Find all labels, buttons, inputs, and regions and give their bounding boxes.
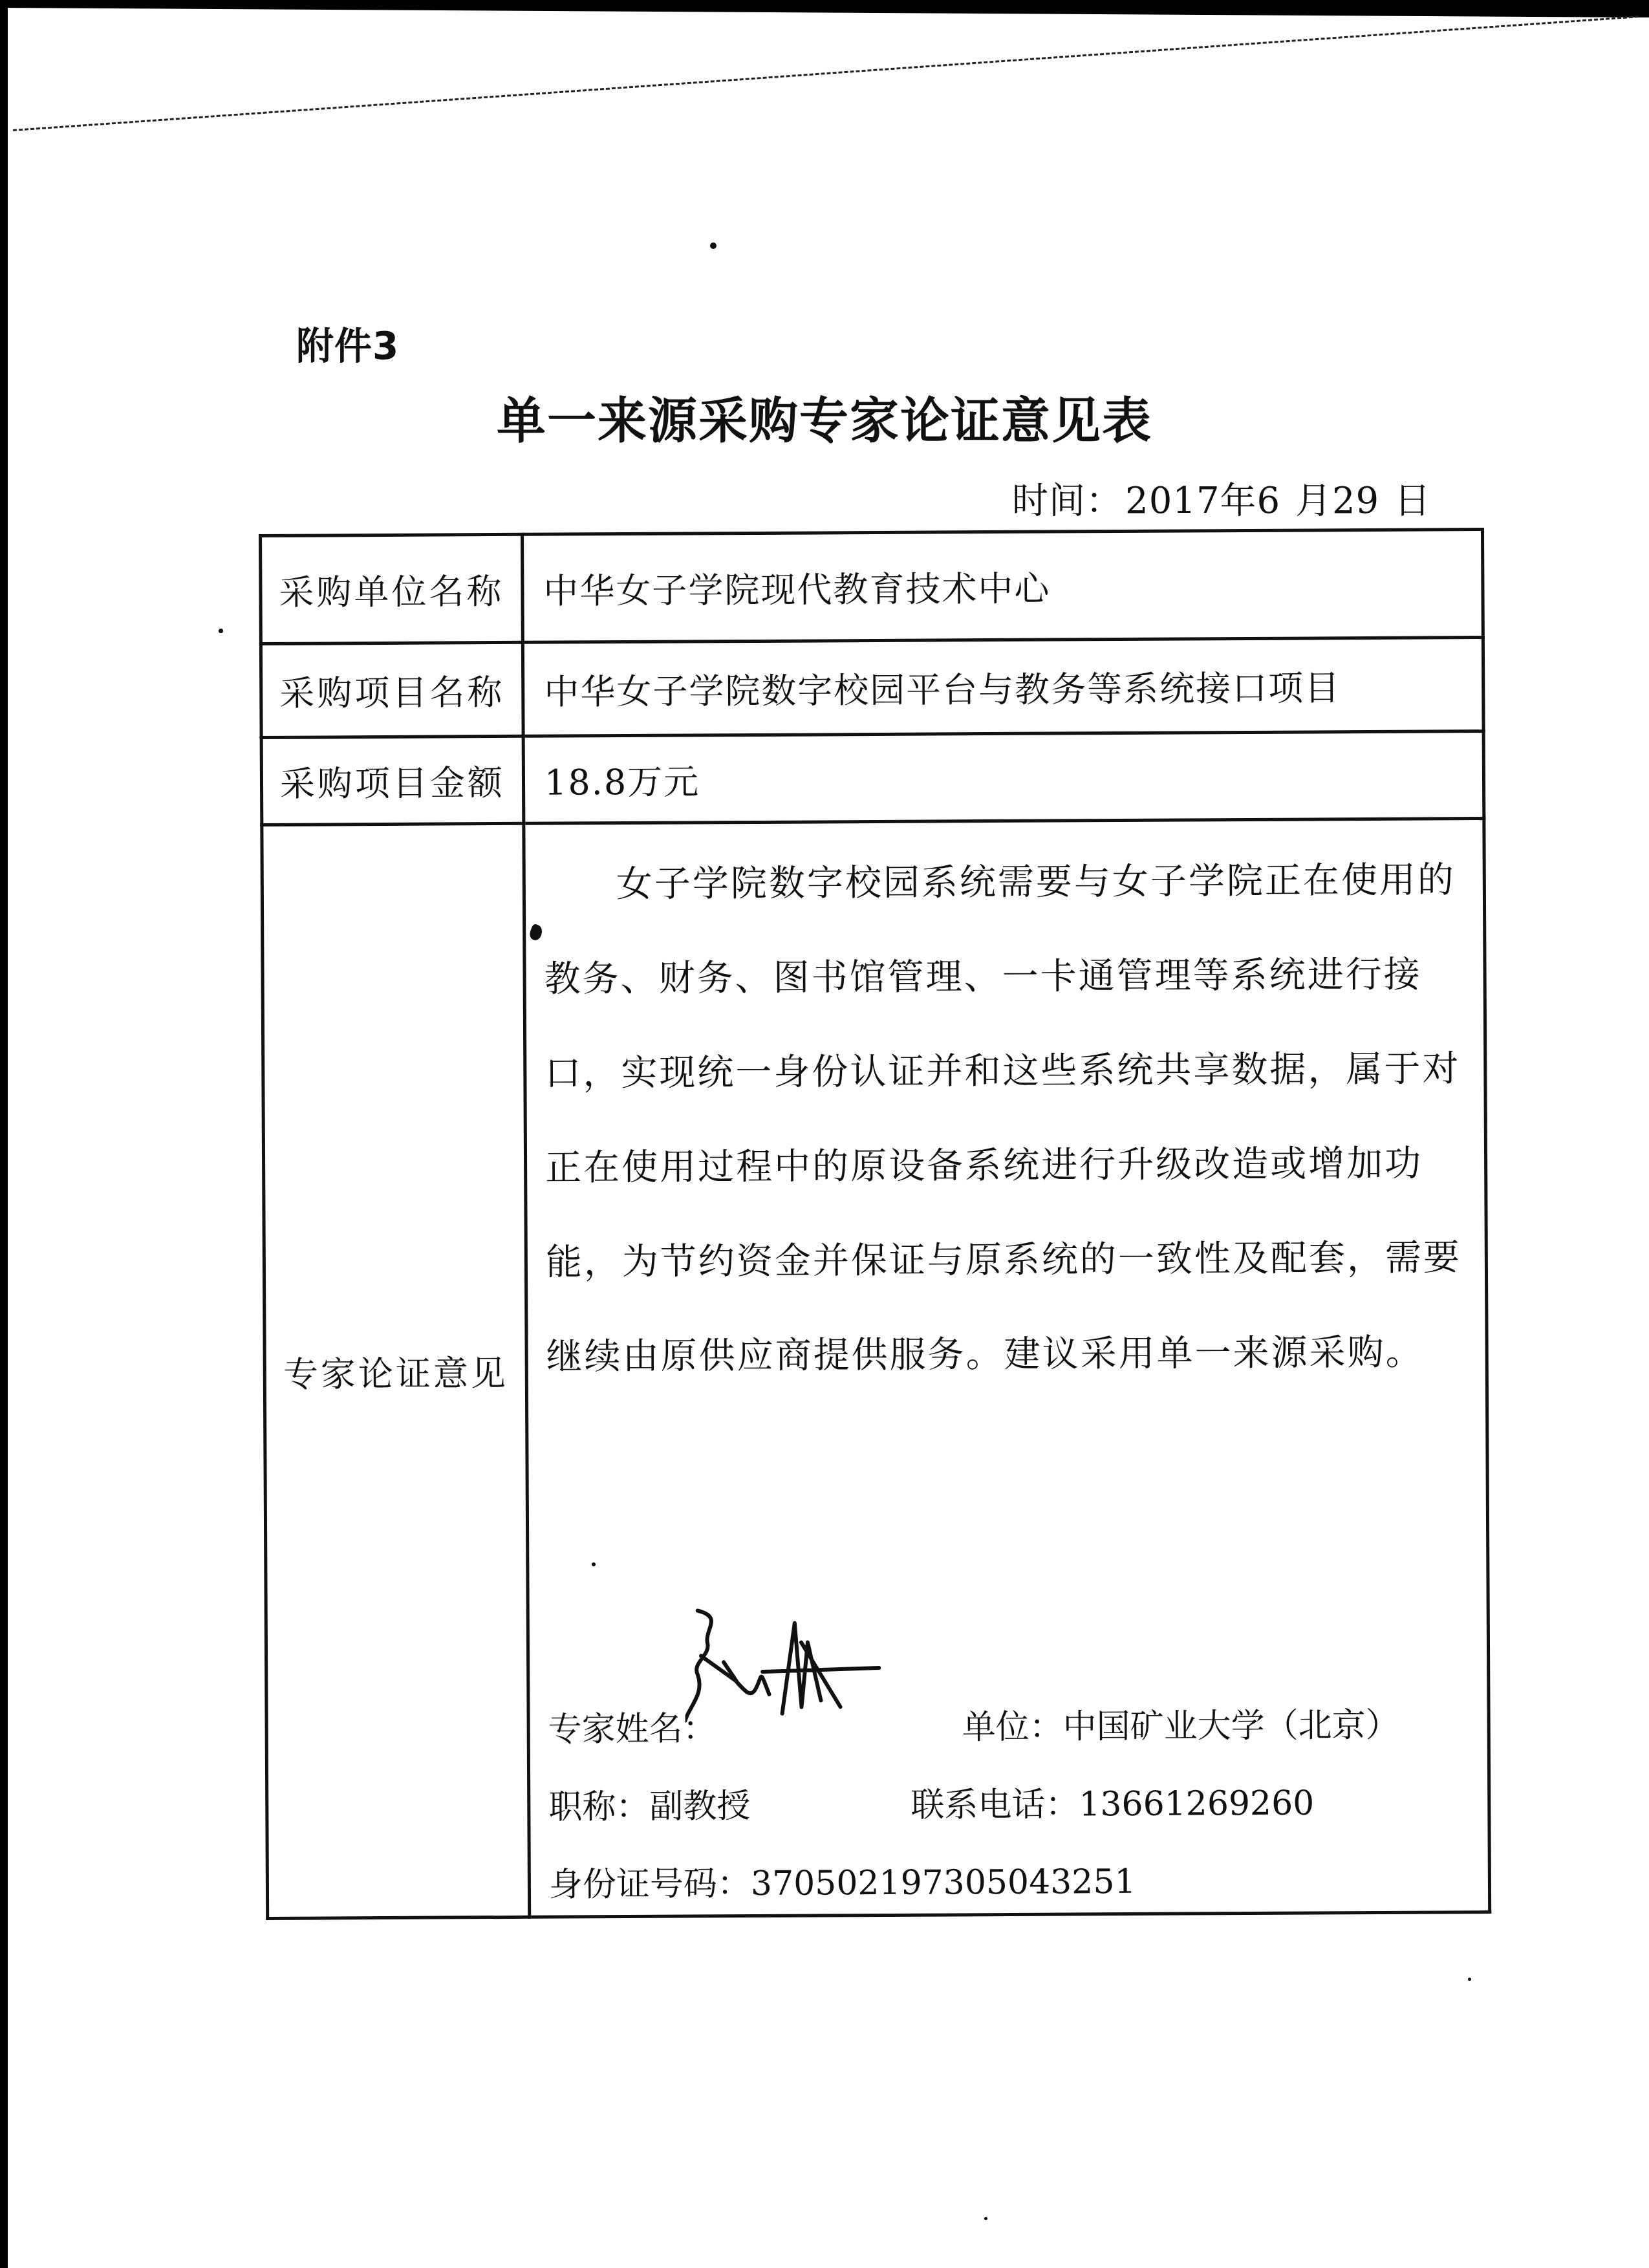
expert-title-row: 职称：副教授 联系电话：13661269260 <box>548 1778 750 1828</box>
scan-speck <box>984 2217 987 2220</box>
page-title: 单一来源采购专家论证意见表 <box>0 382 1649 452</box>
scan-border-top <box>0 0 1649 19</box>
form-row-amount: 采购项目金额 18.8万元 <box>261 731 1484 825</box>
title-label: 职称： <box>548 1787 649 1827</box>
project-name-label: 采购项目名称 <box>261 642 523 737</box>
opinion-text: 女子学院数字校园系统需要与女子学院正在使用的教务、财务、图书馆管理、一卡通管理等… <box>525 820 1485 1405</box>
amount-label: 采购项目金额 <box>261 736 524 825</box>
scan-speck <box>219 629 223 633</box>
scan-speck <box>1468 1978 1471 1981</box>
phone-value: 13661269260 <box>1079 1784 1314 1824</box>
handwritten-signature-icon <box>685 1603 905 1734</box>
date-label: 时间： <box>1012 480 1123 522</box>
opinion-cell: 女子学院数字校园系统需要与女子学院正在使用的教务、财务、图书馆管理、一卡通管理等… <box>524 819 1490 1917</box>
scan-border-left <box>0 0 8 2268</box>
purchaser-label: 采购单位名称 <box>261 534 523 643</box>
date-month: 月29 <box>1295 480 1379 522</box>
date-day: 日 <box>1394 480 1431 522</box>
purchaser-value: 中华女子学院现代教育技术中心 <box>523 530 1483 643</box>
expert-id-row: 身份证号码：370502197305043251 <box>549 1854 1136 1906</box>
id-value: 370502197305043251 <box>751 1863 1136 1903</box>
unit-value: 中国矿业大学（北京） <box>1063 1706 1399 1747</box>
title-value: 副教授 <box>649 1787 750 1826</box>
expert-unit: 单位：中国矿业大学（北京） <box>962 1698 1399 1749</box>
scan-speck <box>710 243 717 249</box>
amount-value: 18.8万元 <box>523 731 1484 824</box>
date-year: 2017年6 <box>1125 480 1280 522</box>
opinion-label: 专家论证意见 <box>262 823 530 1918</box>
project-name-value: 中华女子学院数字校园平台与教务等系统接口项目 <box>523 638 1483 737</box>
attachment-label: 附件3 <box>296 316 399 370</box>
form-row-project-name: 采购项目名称 中华女子学院数字校园平台与教务等系统接口项目 <box>261 638 1483 738</box>
fold-line <box>13 16 1639 131</box>
form-row-purchaser: 采购单位名称 中华女子学院现代教育技术中心 <box>261 530 1483 644</box>
form-row-opinion: 专家论证意见 女子学院数字校园系统需要与女子学院正在使用的教务、财务、图书馆管理… <box>262 819 1490 1919</box>
date-line: 时间：2017年6 月29 日 <box>1012 472 1434 524</box>
expert-opinion-form: 采购单位名称 中华女子学院现代教育技术中心 采购项目名称 中华女子学院数字校园平… <box>259 528 1491 1920</box>
unit-label: 单位： <box>962 1708 1063 1747</box>
expert-phone: 联系电话：13661269260 <box>911 1775 1314 1826</box>
expert-info: 专家姓名： 单位：中国矿业大学（北京） 职称：副教授 联系电话：13661269… <box>529 1471 1489 1916</box>
id-label: 身份证号码： <box>549 1864 751 1905</box>
phone-label: 联系电话： <box>911 1785 1079 1824</box>
